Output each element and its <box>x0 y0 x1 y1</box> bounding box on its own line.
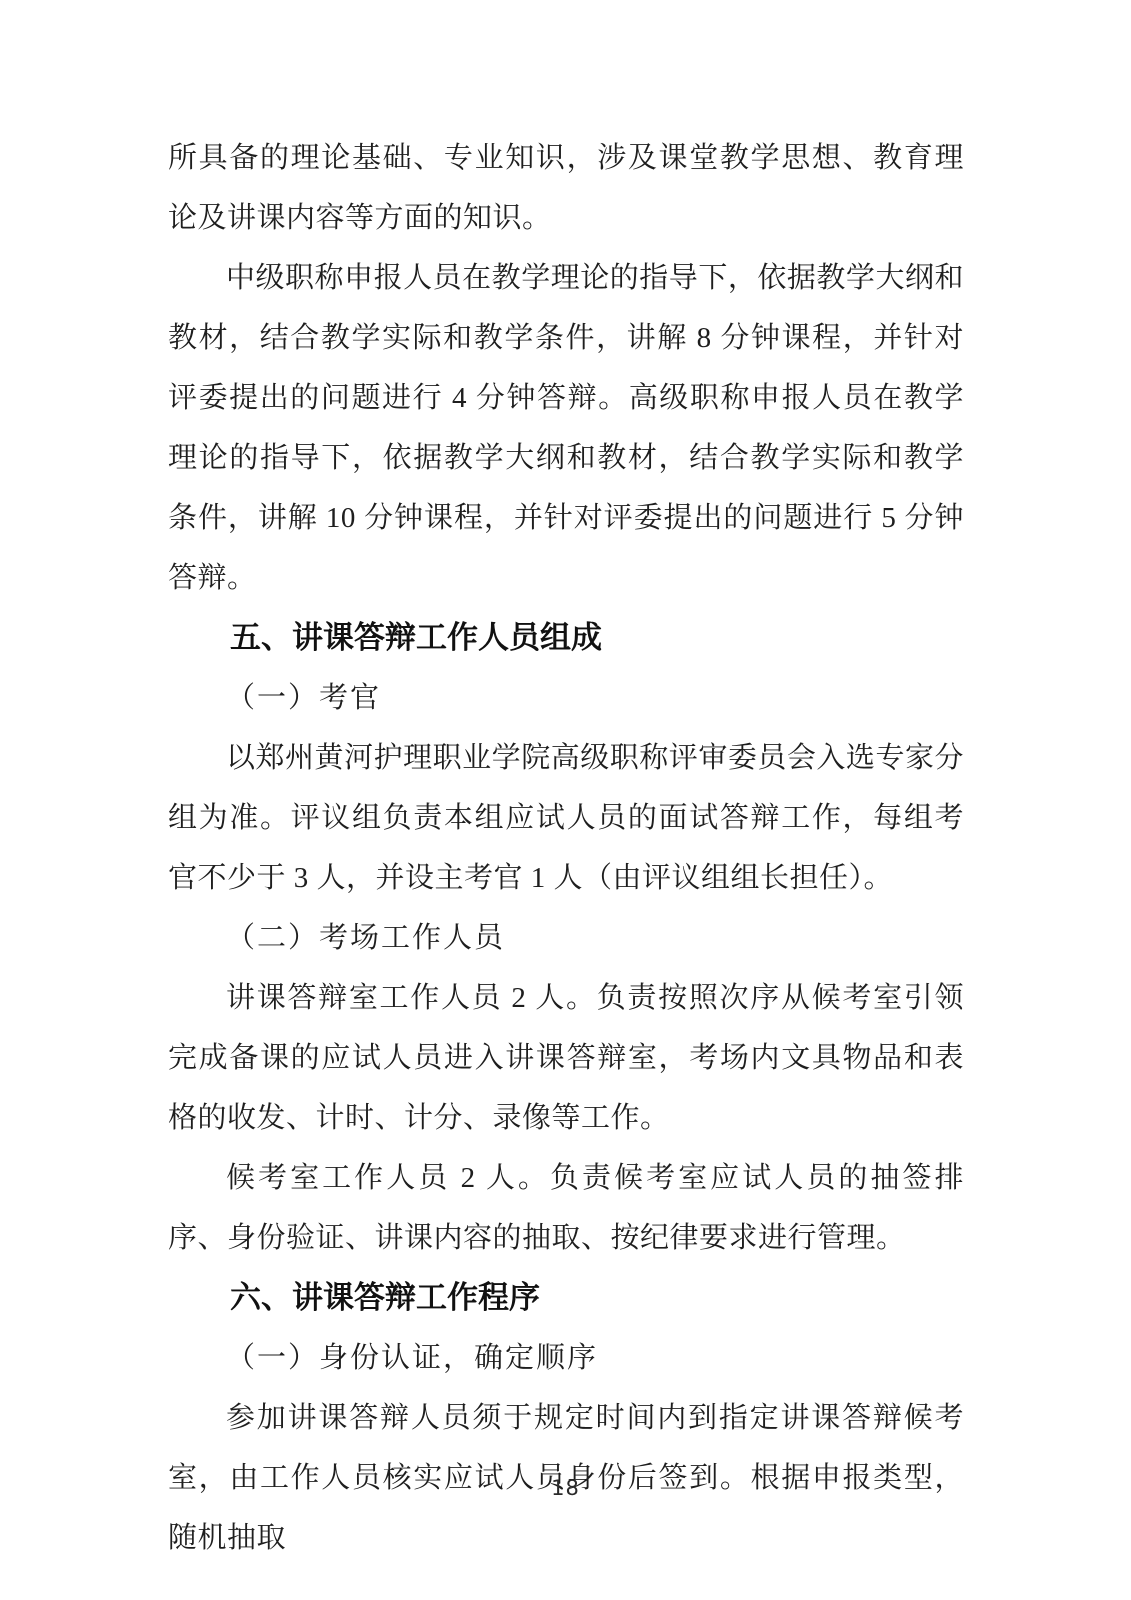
page-number: 18 <box>0 1476 1131 1500</box>
document-content: 所具备的理论基础、专业知识，涉及课堂教学思想、教育理论及讲课内容等方面的知识。 … <box>168 128 964 1568</box>
document-page: 所具备的理论基础、专业知识，涉及课堂教学思想、教育理论及讲课内容等方面的知识。 … <box>0 0 1131 1600</box>
paragraph-body: 中级职称申报人员在教学理论的指导下，依据教学大纲和教材，结合教学实际和教学条件，… <box>168 248 964 608</box>
paragraph-body: 候考室工作人员 2 人。负责候考室应试人员的抽签排序、身份验证、讲课内容的抽取、… <box>168 1148 964 1268</box>
paragraph-body: 所具备的理论基础、专业知识，涉及课堂教学思想、教育理论及讲课内容等方面的知识。 <box>168 128 964 248</box>
subsection-heading: （二）考场工作人员 <box>168 908 964 968</box>
subsection-heading: （一）考官 <box>168 668 964 728</box>
paragraph-body: 以郑州黄河护理职业学院高级职称评审委员会入选专家分组为准。评议组负责本组应试人员… <box>168 728 964 908</box>
section-heading: 六、讲课答辩工作程序 <box>168 1268 964 1328</box>
subsection-heading: （一）身份认证，确定顺序 <box>168 1328 964 1388</box>
paragraph-body: 讲课答辩室工作人员 2 人。负责按照次序从候考室引领完成备课的应试人员进入讲课答… <box>168 968 964 1148</box>
section-heading: 五、讲课答辩工作人员组成 <box>168 608 964 668</box>
